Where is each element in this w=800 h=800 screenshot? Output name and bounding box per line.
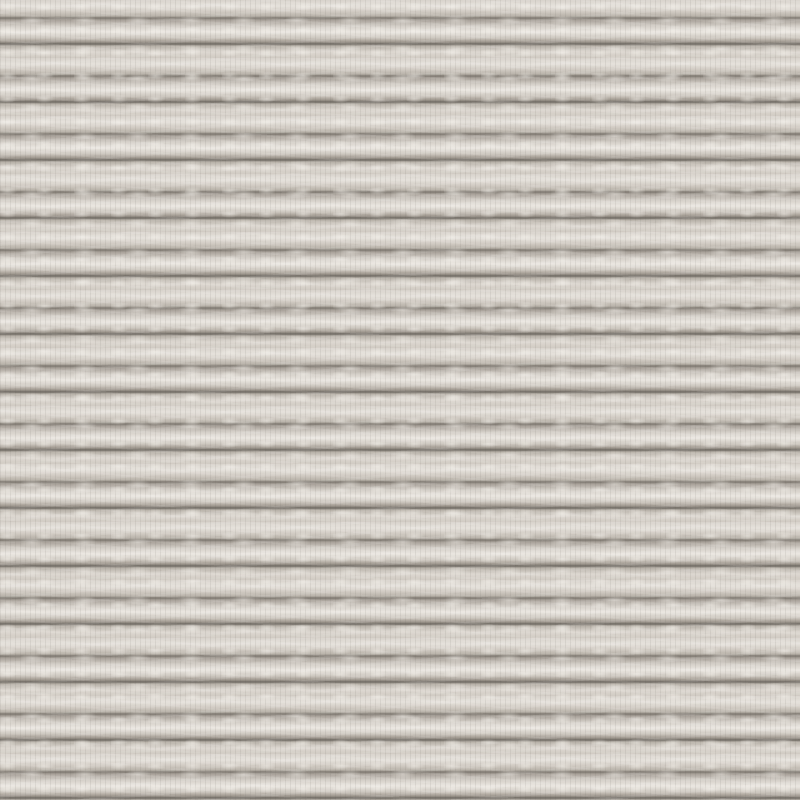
- fabric-texture-photo: Horizontal rows of fuzzy cream and light…: [0, 0, 800, 800]
- yarn-loop-layer: [0, 0, 800, 800]
